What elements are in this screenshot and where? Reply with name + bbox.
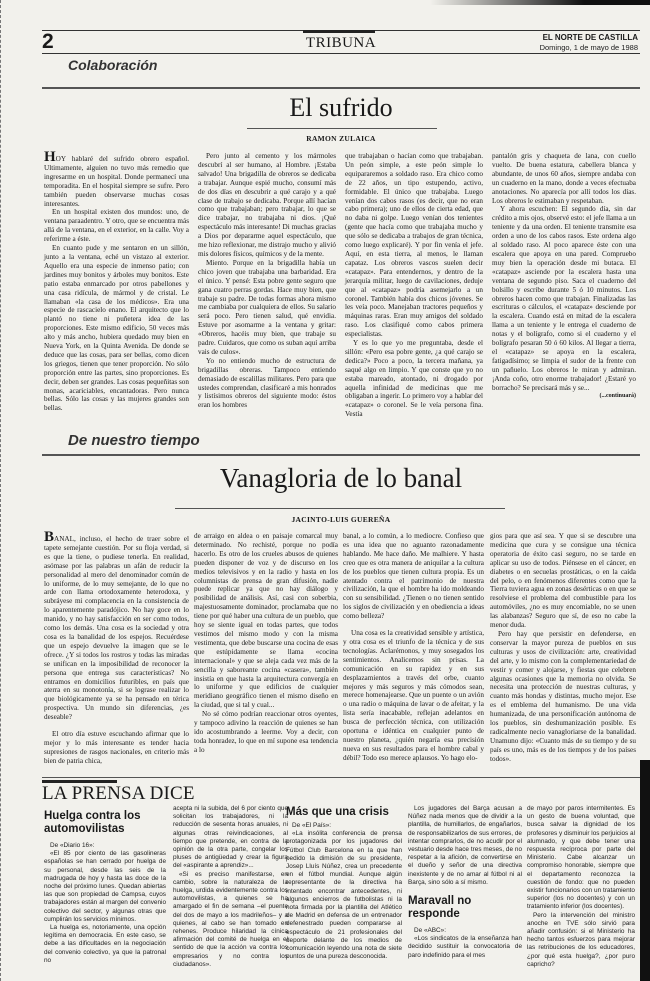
section-rule [42, 87, 640, 89]
title-rule [175, 508, 505, 509]
scan-shadow [430, 0, 650, 5]
prensa-item-2-col-1: De «El País»: «La insólita conferencia d… [286, 822, 402, 961]
rubric-colaboracion: Colaboración [68, 57, 157, 73]
headline-huelga: Huelga contra los automovilistas [44, 810, 169, 835]
prensa-item-1-col-2: acepta ni la subida, del 6 por ciento qu… [173, 805, 288, 969]
masthead: 2 TRIBUNA EL NORTE DE CASTILLA Domingo, … [42, 30, 640, 54]
page-edge [0, 0, 4, 981]
title-rule [247, 128, 437, 129]
article-byline: JACINTO-LUIS GUEREÑA [42, 515, 640, 524]
article2-column-4: gios para que así sea. Y que si se descu… [490, 532, 636, 764]
section-rule [42, 777, 640, 778]
newspaper-page: 2 TRIBUNA EL NORTE DE CASTILLA Domingo, … [0, 0, 650, 981]
continued-label: (...continuará) [492, 392, 636, 401]
dropcap: B [44, 529, 54, 545]
prensa-item-3-col-2: de mayo por paros intermitentes. Es un g… [527, 805, 635, 969]
article2-column-2: de arraigo en aldea o en paisaje comarca… [194, 532, 338, 755]
section-rule [42, 454, 640, 456]
newspaper-name: EL NORTE DE CASTILLA [543, 33, 638, 42]
article-title: El sufrido [42, 93, 640, 123]
rubric-de-nuestro-tiempo: De nuestro tiempo [68, 432, 200, 449]
headline-mas-que-una-crisis: Más que una crisis [286, 806, 411, 819]
article1-column-1: HOY hablaré del sufrido obrero español. … [44, 152, 189, 413]
headline-maravall: Maravall no responde [408, 895, 522, 920]
issue-date: Domingo, 1 de mayo de 1988 [540, 43, 638, 52]
prensa-item-2-col-2: Los jugadores del Barça acusan a Núñez n… [408, 805, 522, 887]
article-byline: RAMON ZULAICA [42, 134, 640, 143]
article2-column-3: banal, a lo común, a lo mediocre. Confie… [343, 532, 484, 763]
dropcap: H [44, 149, 56, 165]
article2-column-1: BANAL, incluso, el hecho de traer sobre … [44, 532, 189, 766]
prensa-item-3-col-1: De «ABC»: «Los sindicatos de la enseñanz… [408, 927, 522, 960]
scan-edge [640, 760, 650, 981]
article-title: Vanagloria de lo banal [42, 462, 640, 494]
prensa-item-1-col-1: De «Diario 16»: «El 85 por ciento de las… [44, 842, 166, 965]
article1-column-3: que trabajaban o hacían como que trabaja… [345, 152, 483, 419]
article1-column-4: pantalón gris y chaqueta de lana, con cu… [492, 152, 636, 401]
section-bar [303, 30, 375, 33]
article1-column-2: Pero junto al cemento y los mármoles des… [198, 152, 336, 410]
prensa-dice-title: LA PRENSA DICE [42, 783, 195, 805]
